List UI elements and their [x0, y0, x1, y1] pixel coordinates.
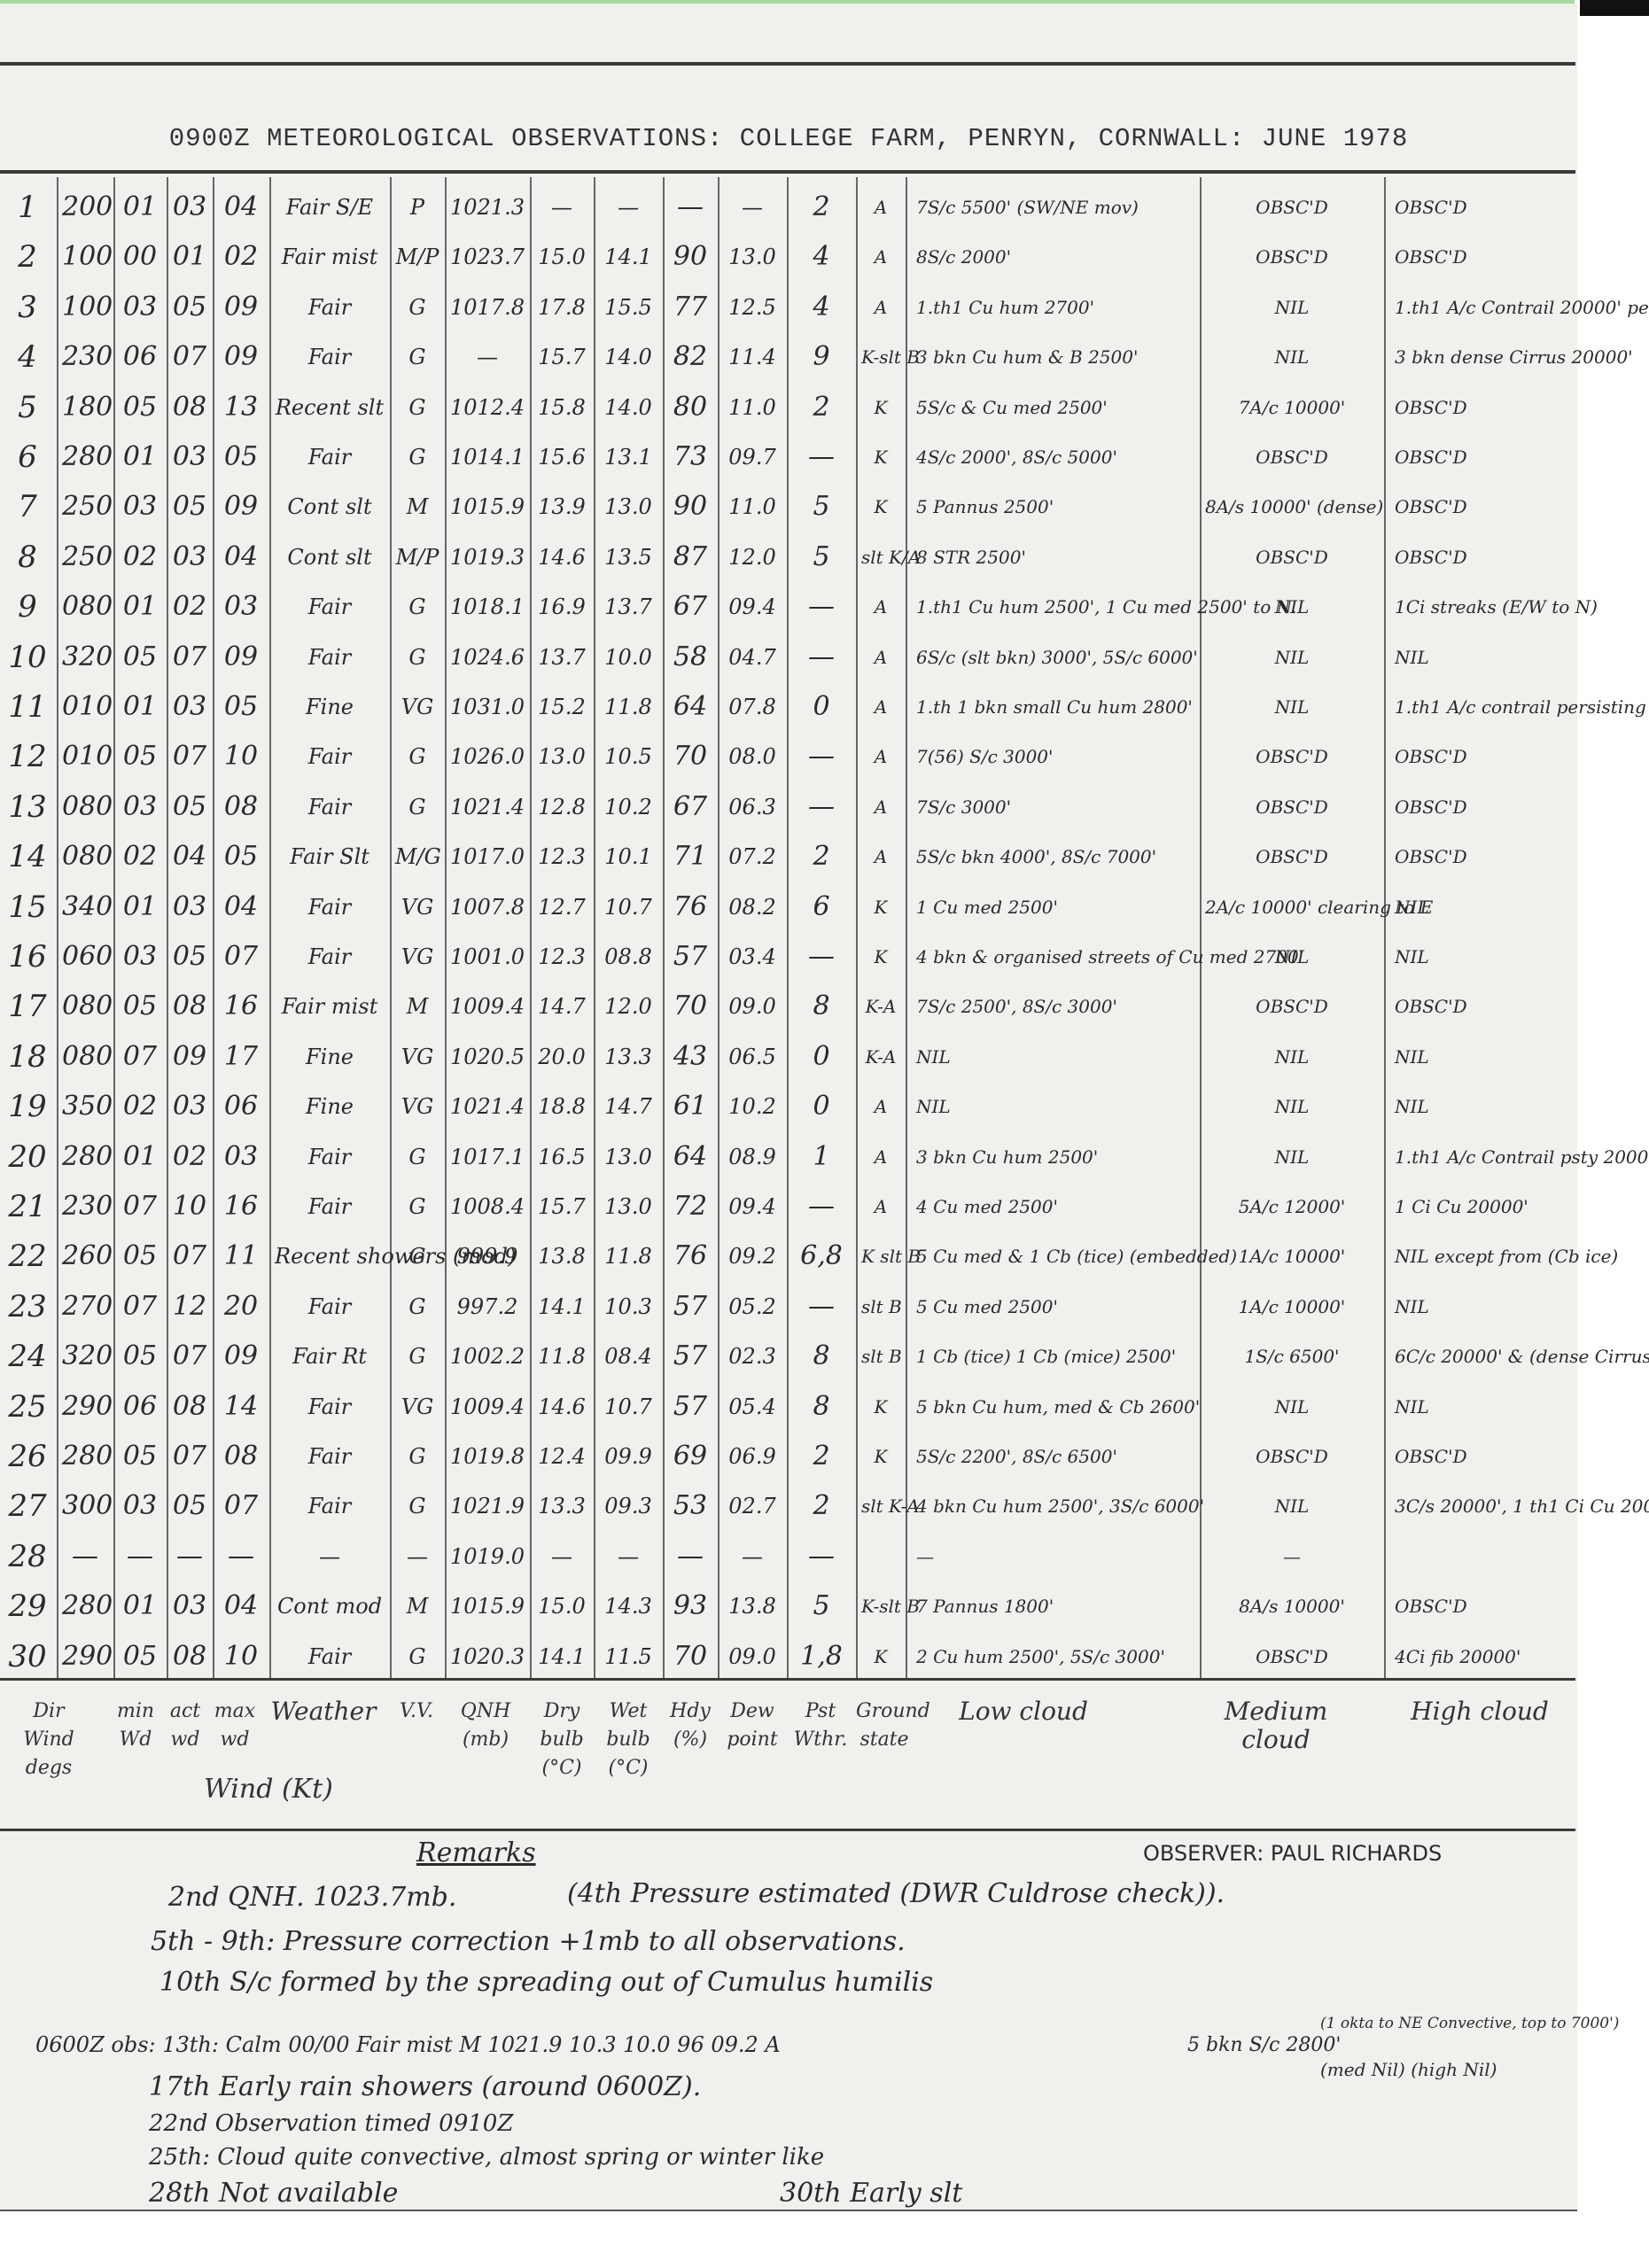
- cell-day: 10: [5, 634, 50, 680]
- cell-wet: 13.3: [599, 1034, 657, 1080]
- cell-dry: 16.5: [535, 1134, 588, 1180]
- cell-high: 1Ci streaks (E/W to N): [1391, 584, 1574, 630]
- cell-wet: 10.0: [599, 634, 657, 680]
- cell-low: 7S/c 2500', 8S/c 3000': [913, 983, 1198, 1029]
- cell-dir: 100: [62, 284, 108, 330]
- header-wet: Wet bulb (°C): [594, 1697, 663, 1783]
- cell-dew: —: [723, 1534, 782, 1580]
- cell-dry: 16.9: [535, 584, 588, 630]
- cell-high: 1.th1 A/c Contrail 20000' persisting: [1391, 284, 1574, 330]
- cell-dry: 13.7: [535, 634, 588, 680]
- cell-ground: K: [861, 1384, 900, 1430]
- cell-qnh: 1014.1: [450, 434, 525, 480]
- cell-qnh: 1021.4: [450, 1084, 525, 1130]
- cell-medium: NIL: [1205, 634, 1379, 680]
- cell-weather: Fair: [275, 284, 385, 330]
- cell-min: 03: [119, 934, 161, 980]
- cell-ground: A: [861, 684, 900, 730]
- cell-min: 05: [119, 1433, 161, 1480]
- cell-day: 27: [5, 1483, 50, 1529]
- cell-wet: 09.9: [599, 1433, 657, 1480]
- cell-high: OBSC'D: [1391, 734, 1574, 780]
- observation-table: 1200010304Fair S/EP1021.3————2A7S/c 5500…: [0, 177, 1577, 1683]
- cell-hdy: 57: [668, 1284, 712, 1330]
- cell-min: 06: [119, 334, 161, 380]
- cell-medium: OBSC'D: [1205, 734, 1379, 780]
- cell-day: 8: [5, 534, 50, 580]
- cell-dry: 18.8: [535, 1084, 588, 1130]
- cell-min: 03: [119, 784, 161, 830]
- cell-ground: slt K/A: [861, 534, 900, 580]
- cell-medium: OBSC'D: [1205, 784, 1379, 830]
- cell-dry: 12.3: [535, 834, 588, 880]
- cell-qnh: 1002.2: [450, 1333, 525, 1379]
- cell-max: 09: [218, 284, 264, 330]
- cell-vv: VG: [395, 1384, 439, 1430]
- table-row: 20280010203FairG1017.116.513.06408.91A3 …: [0, 1134, 1577, 1180]
- cell-dir: 200: [62, 184, 108, 230]
- cell-vv: M: [395, 983, 439, 1029]
- cell-medium: NIL: [1205, 1034, 1379, 1080]
- cell-dir: 100: [62, 234, 108, 280]
- cell-medium: 1A/c 10000': [1205, 1284, 1379, 1330]
- table-row: 25290060814FairVG1009.414.610.75705.48K5…: [0, 1384, 1577, 1430]
- cell-max: 05: [218, 684, 264, 730]
- cell-dir: 230: [62, 1184, 108, 1230]
- table-row: 23270071220FairG997.214.110.35705.2—slt …: [0, 1284, 1577, 1330]
- cell-dew: 08.9: [723, 1134, 782, 1180]
- header-hdy: Hdy (%): [663, 1697, 718, 1754]
- cell-ground: A: [861, 1084, 900, 1130]
- cell-weather: Fair Rt: [275, 1333, 385, 1379]
- table-row: 14080020405Fair SltM/G1017.012.310.17107…: [0, 834, 1577, 880]
- cell-pst: —: [792, 1284, 851, 1330]
- scan-corner: [1580, 0, 1649, 16]
- cell-vv: G: [395, 584, 439, 630]
- cell-day: 15: [5, 884, 50, 930]
- cell-dry: 11.8: [535, 1333, 588, 1379]
- cell-max: 08: [218, 1433, 264, 1480]
- header-min: min Wd: [106, 1697, 165, 1754]
- table-row: 19350020306FineVG1021.418.814.76110.20AN…: [0, 1084, 1577, 1130]
- cell-day: 24: [5, 1333, 50, 1379]
- cell-act: 03: [172, 434, 207, 480]
- cell-min: 00: [119, 234, 161, 280]
- cell-dry: 12.8: [535, 784, 588, 830]
- cell-day: 26: [5, 1433, 50, 1480]
- cell-qnh: 1015.9: [450, 1583, 525, 1629]
- cell-vv: VG: [395, 934, 439, 980]
- cell-weather: Recent slt: [275, 384, 385, 431]
- cell-max: 07: [218, 1483, 264, 1529]
- cell-high: OBSC'D: [1391, 434, 1574, 480]
- cell-low: 5 Pannus 2500': [913, 484, 1198, 530]
- remark-line: 5th - 9th: Pressure correction +1mb to a…: [151, 1926, 906, 1957]
- cell-hdy: 70: [668, 983, 712, 1029]
- cell-low: 1 Cu med 2500': [913, 884, 1198, 930]
- cell-medium: OBSC'D: [1205, 1433, 1379, 1480]
- cell-pst: 6,8: [792, 1233, 851, 1279]
- cell-day: 19: [5, 1084, 50, 1130]
- page-title: 0900Z METEOROLOGICAL OBSERVATIONS: COLLE…: [0, 124, 1577, 153]
- cell-ground: K-slt B: [861, 1583, 900, 1629]
- remark-line: (1 okta to NE Convective, top to 7000'): [1320, 2015, 1619, 2032]
- cell-dry: 13.0: [535, 734, 588, 780]
- cell-vv: G: [395, 1284, 439, 1330]
- cell-dew: 09.4: [723, 584, 782, 630]
- cell-dew: 11.0: [723, 384, 782, 431]
- cell-pst: —: [792, 734, 851, 780]
- cell-dry: 12.3: [535, 934, 588, 980]
- cell-pst: 8: [792, 1384, 851, 1430]
- cell-qnh: 1019.3: [450, 534, 525, 580]
- cell-dew: 08.0: [723, 734, 782, 780]
- cell-wet: 10.3: [599, 1284, 657, 1330]
- cell-low: 4 bkn Cu hum 2500', 3S/c 6000': [913, 1483, 1198, 1529]
- cell-low: NIL: [913, 1034, 1198, 1080]
- cell-high: 3C/s 20000', 1 th1 Ci Cu 20000': [1391, 1483, 1574, 1529]
- cell-max: 10: [218, 734, 264, 780]
- cell-low: 3 bkn Cu hum 2500': [913, 1134, 1198, 1180]
- cell-low: 5S/c 2200', 8S/c 6500': [913, 1433, 1198, 1480]
- cell-dew: 11.0: [723, 484, 782, 530]
- cell-medium: NIL: [1205, 284, 1379, 330]
- cell-vv: VG: [395, 884, 439, 930]
- cell-qnh: 1021.9: [450, 1483, 525, 1529]
- cell-dew: 02.7: [723, 1483, 782, 1529]
- cell-act: —: [172, 1534, 207, 1580]
- cell-min: 07: [119, 1034, 161, 1080]
- table-row: 15340010304FairVG1007.812.710.77608.26K1…: [0, 884, 1577, 930]
- cell-ground: A: [861, 1184, 900, 1230]
- table-row: 22260050711Recent showers (mod)G999.913.…: [0, 1233, 1577, 1279]
- table-row: 10320050709FairG1024.613.710.05804.7—A6S…: [0, 634, 1577, 680]
- cell-low: 7 Pannus 1800': [913, 1583, 1198, 1629]
- cell-ground: K: [861, 484, 900, 530]
- cell-dew: 09.2: [723, 1233, 782, 1279]
- cell-wet: 14.0: [599, 384, 657, 431]
- cell-weather: Fair mist: [275, 983, 385, 1029]
- cell-qnh: 1031.0: [450, 684, 525, 730]
- cell-qnh: 1023.7: [450, 234, 525, 280]
- remark-line: 25th: Cloud quite convective, almost spr…: [149, 2144, 824, 2171]
- cell-vv: VG: [395, 684, 439, 730]
- header-pst: Pst Wthr.: [787, 1697, 854, 1754]
- cell-wet: 14.0: [599, 334, 657, 380]
- cell-pst: 2: [792, 1433, 851, 1480]
- cell-hdy: 67: [668, 584, 712, 630]
- cell-qnh: 1024.6: [450, 634, 525, 680]
- cell-ground: slt B: [861, 1333, 900, 1379]
- title-rule: [0, 170, 1575, 174]
- cell-day: 12: [5, 734, 50, 780]
- table-row: 1200010304Fair S/EP1021.3————2A7S/c 5500…: [0, 184, 1577, 230]
- cell-weather: Fair: [275, 584, 385, 630]
- cell-medium: OBSC'D: [1205, 1634, 1379, 1680]
- cell-max: —: [218, 1534, 264, 1580]
- cell-high: NIL: [1391, 1384, 1574, 1430]
- cell-wet: 15.5: [599, 284, 657, 330]
- remark-line: 17th Early rain showers (around 0600Z).: [149, 2071, 701, 2102]
- cell-weather: Fair: [275, 1433, 385, 1480]
- cell-hdy: 57: [668, 1333, 712, 1379]
- cell-day: 3: [5, 284, 50, 330]
- cell-min: 07: [119, 1184, 161, 1230]
- cell-ground: K slt B: [861, 1233, 900, 1279]
- cell-medium: 5A/c 12000': [1205, 1184, 1379, 1230]
- remark-line: 0600Z obs: 13th: Calm 00/00 Fair mist M …: [35, 2032, 781, 2057]
- cell-min: 05: [119, 983, 161, 1029]
- remark-line: 10th S/c formed by the spreading out of …: [159, 1967, 933, 1998]
- cell-act: 08: [172, 384, 207, 431]
- cell-low: 3 bkn Cu hum & B 2500': [913, 334, 1198, 380]
- cell-hdy: 57: [668, 934, 712, 980]
- cell-day: 25: [5, 1384, 50, 1430]
- cell-ground: K-slt B: [861, 334, 900, 380]
- cell-dry: 15.2: [535, 684, 588, 730]
- cell-hdy: 90: [668, 234, 712, 280]
- cell-weather: Fine: [275, 684, 385, 730]
- cell-high: 1 Ci Cu 20000': [1391, 1184, 1574, 1230]
- cell-dir: 280: [62, 1583, 108, 1629]
- cell-act: 03: [172, 1583, 207, 1629]
- cell-low: 5 bkn Cu hum, med & Cb 2600': [913, 1384, 1198, 1430]
- cell-dew: 13.8: [723, 1583, 782, 1629]
- cell-low: NIL: [913, 1084, 1198, 1130]
- cell-min: 01: [119, 434, 161, 480]
- cell-act: 08: [172, 1634, 207, 1680]
- cell-high: OBSC'D: [1391, 834, 1574, 880]
- table-row: 21230071016FairG1008.415.713.07209.4—A4 …: [0, 1184, 1577, 1230]
- table-row: 9080010203FairG1018.116.913.76709.4—A1.t…: [0, 584, 1577, 630]
- cell-low: 8 STR 2500': [913, 534, 1198, 580]
- cell-dir: 320: [62, 1333, 108, 1379]
- cell-vv: G: [395, 1433, 439, 1480]
- cell-pst: 5: [792, 1583, 851, 1629]
- cell-max: 17: [218, 1034, 264, 1080]
- cell-dry: 15.8: [535, 384, 588, 431]
- cell-max: 11: [218, 1233, 264, 1279]
- table-row: 12010050710FairG1026.013.010.57008.0—A7(…: [0, 734, 1577, 780]
- cell-max: 04: [218, 1583, 264, 1629]
- cell-act: 02: [172, 584, 207, 630]
- cell-act: 07: [172, 1433, 207, 1480]
- cell-wet: 11.5: [599, 1634, 657, 1680]
- cell-low: 4 bkn & organised streets of Cu med 2700…: [913, 934, 1198, 980]
- cell-wet: 14.7: [599, 1084, 657, 1130]
- cell-day: 4: [5, 334, 50, 380]
- cell-day: 5: [5, 384, 50, 431]
- cell-day: 23: [5, 1284, 50, 1330]
- cell-ground: A: [861, 234, 900, 280]
- cell-max: 05: [218, 434, 264, 480]
- cell-dir: 080: [62, 784, 108, 830]
- cell-ground: A: [861, 184, 900, 230]
- cell-hdy: 53: [668, 1483, 712, 1529]
- cell-hdy: 90: [668, 484, 712, 530]
- column-headers: Wind (Kt) Dir Wind degsmin Wdact wdmax w…: [0, 1687, 1577, 1829]
- cell-vv: G: [395, 634, 439, 680]
- cell-min: 01: [119, 684, 161, 730]
- cell-low: 1.th1 Cu hum 2700': [913, 284, 1198, 330]
- cell-qnh: 1019.0: [450, 1534, 525, 1580]
- cell-dew: 09.7: [723, 434, 782, 480]
- cell-max: 13: [218, 384, 264, 431]
- cell-low: 7S/c 5500' (SW/NE mov): [913, 184, 1198, 230]
- cell-high: NIL: [1391, 634, 1574, 680]
- cell-act: 03: [172, 884, 207, 930]
- cell-qnh: 1020.3: [450, 1634, 525, 1680]
- cell-wet: —: [599, 184, 657, 230]
- cell-vv: M/P: [395, 534, 439, 580]
- cell-high: NIL: [1391, 884, 1574, 930]
- header-medium: Medium cloud: [1187, 1697, 1365, 1754]
- table-row: 27300030507FairG1021.913.309.35302.72slt…: [0, 1483, 1577, 1529]
- table-row: 11010010305FineVG1031.015.211.86407.80A1…: [0, 684, 1577, 730]
- cell-high: NIL except from (Cb ice): [1391, 1233, 1574, 1279]
- cell-medium: OBSC'D: [1205, 983, 1379, 1029]
- cell-hdy: 80: [668, 384, 712, 431]
- cell-low: 1 Cb (tice) 1 Cb (mice) 2500': [913, 1333, 1198, 1379]
- cell-dry: 13.9: [535, 484, 588, 530]
- header-qnh: QNH (mb): [445, 1697, 526, 1754]
- remark-line: (med Nil) (high Nil): [1320, 2059, 1497, 2080]
- cell-hdy: 43: [668, 1034, 712, 1080]
- cell-day: 11: [5, 684, 50, 730]
- cell-max: 16: [218, 1184, 264, 1230]
- cell-qnh: 1008.4: [450, 1184, 525, 1230]
- top-rule: [0, 62, 1575, 66]
- cell-qnh: 1012.4: [450, 384, 525, 431]
- cell-dew: 06.3: [723, 784, 782, 830]
- cell-pst: 2: [792, 384, 851, 431]
- cell-weather: Fair: [275, 1634, 385, 1680]
- header-dew: Dew point: [718, 1697, 787, 1754]
- cell-dir: 250: [62, 484, 108, 530]
- cell-max: 04: [218, 534, 264, 580]
- remark-line: (4th Pressure estimated (DWR Culdrose ch…: [567, 1878, 1225, 1909]
- cell-day: 7: [5, 484, 50, 530]
- cell-day: 29: [5, 1583, 50, 1629]
- cell-low: 5S/c & Cu med 2500': [913, 384, 1198, 431]
- cell-vv: G: [395, 434, 439, 480]
- cell-min: 06: [119, 1384, 161, 1430]
- table-row: 24320050709Fair RtG1002.211.808.45702.38…: [0, 1333, 1577, 1379]
- cell-hdy: 57: [668, 1384, 712, 1430]
- cell-weather: Fair: [275, 1284, 385, 1330]
- wind-group-label: Wind (Kt): [204, 1775, 333, 1804]
- cell-hdy: 64: [668, 684, 712, 730]
- cell-hdy: —: [668, 184, 712, 230]
- cell-max: 03: [218, 1134, 264, 1180]
- cell-medium: NIL: [1205, 934, 1379, 980]
- cell-low: 2 Cu hum 2500', 5S/c 3000': [913, 1634, 1198, 1680]
- cell-dry: 14.1: [535, 1634, 588, 1680]
- cell-dew: 13.0: [723, 234, 782, 280]
- table-row: 28——————1019.0———————: [0, 1534, 1577, 1580]
- cell-pst: 5: [792, 484, 851, 530]
- cell-wet: 14.1: [599, 234, 657, 280]
- cell-qnh: 1020.5: [450, 1034, 525, 1080]
- cell-day: 30: [5, 1634, 50, 1680]
- cell-act: 04: [172, 834, 207, 880]
- cell-dry: 15.7: [535, 334, 588, 380]
- cell-dew: 09.0: [723, 1634, 782, 1680]
- cell-dir: 280: [62, 1134, 108, 1180]
- cell-act: 03: [172, 184, 207, 230]
- cell-low: 7(56) S/c 3000': [913, 734, 1198, 780]
- cell-min: 05: [119, 734, 161, 780]
- cell-low: —: [913, 1534, 1198, 1580]
- cell-max: 04: [218, 884, 264, 930]
- cell-high: OBSC'D: [1391, 1433, 1574, 1480]
- cell-qnh: 1001.0: [450, 934, 525, 980]
- cell-act: 05: [172, 784, 207, 830]
- cell-qnh: 1026.0: [450, 734, 525, 780]
- cell-max: 06: [218, 1084, 264, 1130]
- table-row: 7250030509Cont sltM1015.913.913.09011.05…: [0, 484, 1577, 530]
- cell-qnh: 1021.4: [450, 784, 525, 830]
- cell-medium: 2A/c 10000' clearing to E: [1205, 884, 1379, 930]
- cell-hdy: 93: [668, 1583, 712, 1629]
- cell-act: 05: [172, 284, 207, 330]
- cell-hdy: 82: [668, 334, 712, 380]
- cell-day: 21: [5, 1184, 50, 1230]
- header-ground: Ground state: [856, 1697, 913, 1754]
- cell-pst: 4: [792, 234, 851, 280]
- cell-ground: slt K-A: [861, 1483, 900, 1529]
- cell-hdy: 70: [668, 1634, 712, 1680]
- cell-act: 01: [172, 234, 207, 280]
- cell-hdy: 61: [668, 1084, 712, 1130]
- cell-pst: 0: [792, 1084, 851, 1130]
- cell-dew: 12.5: [723, 284, 782, 330]
- cell-act: 03: [172, 534, 207, 580]
- cell-dir: 010: [62, 734, 108, 780]
- cell-min: 02: [119, 834, 161, 880]
- cell-hdy: 69: [668, 1433, 712, 1480]
- cell-max: 07: [218, 934, 264, 980]
- cell-pst: —: [792, 634, 851, 680]
- cell-act: 05: [172, 934, 207, 980]
- table-row: 16060030507FairVG1001.012.308.85703.4—K4…: [0, 934, 1577, 980]
- cell-wet: 08.8: [599, 934, 657, 980]
- cell-hdy: 71: [668, 834, 712, 880]
- table-bottom-rule: [0, 1678, 1575, 1681]
- cell-pst: 4: [792, 284, 851, 330]
- cell-dew: 07.8: [723, 684, 782, 730]
- cell-high: 4Ci fib 20000': [1391, 1634, 1574, 1680]
- cell-high: NIL: [1391, 1284, 1574, 1330]
- cell-vv: VG: [395, 1034, 439, 1080]
- cell-ground: K-A: [861, 1034, 900, 1080]
- cell-wet: 12.0: [599, 983, 657, 1029]
- cell-max: 08: [218, 784, 264, 830]
- cell-hdy: 73: [668, 434, 712, 480]
- cell-qnh: 1015.9: [450, 484, 525, 530]
- cell-max: 16: [218, 983, 264, 1029]
- cell-high: OBSC'D: [1391, 534, 1574, 580]
- cell-hdy: 72: [668, 1184, 712, 1230]
- cell-weather: Cont slt: [275, 484, 385, 530]
- cell-wet: 13.7: [599, 584, 657, 630]
- remark-line: 2nd QNH. 1023.7mb.: [168, 1882, 456, 1913]
- cell-high: NIL: [1391, 934, 1574, 980]
- cell-dew: 05.4: [723, 1384, 782, 1430]
- cell-act: 07: [172, 1333, 207, 1379]
- cell-qnh: 1017.1: [450, 1134, 525, 1180]
- cell-pst: 8: [792, 1333, 851, 1379]
